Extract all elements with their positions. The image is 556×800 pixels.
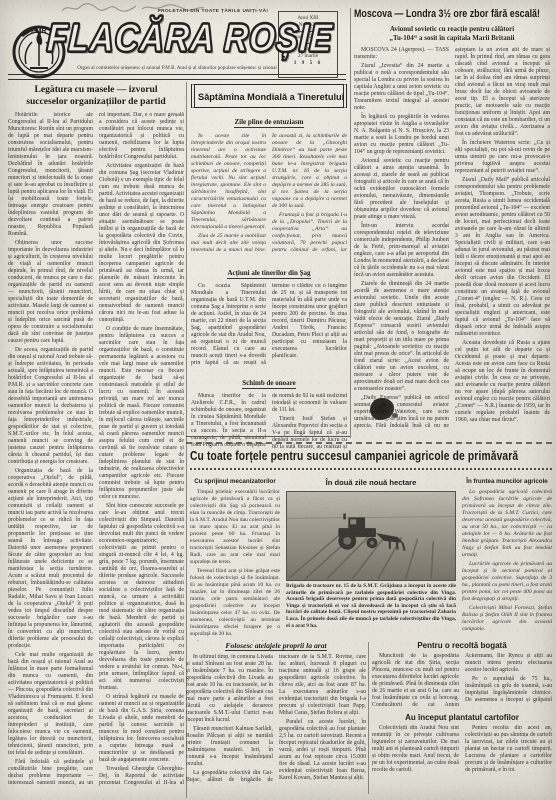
sag-title: Acțiuni ale tinerilor din Șag xyxy=(191,262,347,280)
paragraph: Sînt bine cunoscute succesele pe care le… xyxy=(99,503,184,692)
mech-column: Cu sprijinul mecanizatorilor Timpul prie… xyxy=(190,478,280,641)
paragraph: O condiție de mare însemnătate, pentru î… xyxy=(99,326,184,501)
paragraph: Cu ocazia Săptămînii Mondiale a Tineretu… xyxy=(191,283,347,369)
front-body: La gospodăria agricolă colectivă din Șof… xyxy=(462,489,552,641)
hectares-title: În două zile nouă hectare xyxy=(286,478,456,487)
youth-intro-body: În aceste zile în întreprinderile din or… xyxy=(191,133,347,259)
paragraph: La gospodăria agricolă colectivă din Șof… xyxy=(462,489,552,559)
paragraph: Lucrările agricole de primăvară au încep… xyxy=(462,561,552,603)
paragraph: Colectiviștii din Aradul Nou sînt renumi… xyxy=(372,725,459,774)
moscow-headline: Moscova — Londra 3½ ore zbor fără escală… xyxy=(354,8,519,20)
honor-title: Schimb de onoare xyxy=(191,372,347,390)
front-title: În fruntea muncilor agricole xyxy=(462,478,552,485)
paragraph: Într-un interviu acordat corespondentulu… xyxy=(354,223,449,279)
potatoes-title: Au început plantatul cartofilor xyxy=(372,713,552,722)
paragraph: Colectiviștii Mihai Forneszi, Ștefan Bal… xyxy=(462,605,552,633)
paragraph: Obținerea unor succese importante în dez… xyxy=(8,240,93,345)
paragraph: O strînsă legătură cu masele de oameni a… xyxy=(99,694,184,764)
paragraph: Hotărîrile istorice ale Congresului al I… xyxy=(8,112,93,238)
youth-headline: Săptămîna Mondială a Tineretului xyxy=(198,92,344,103)
paragraph: Ziarele de dimineață din 24 martie acord… xyxy=(354,281,449,393)
harvest-body: Muncitorii de la gospodăria agricolă de … xyxy=(372,653,552,709)
youth-headline-box: Săptămîna Mondială a Tineretului xyxy=(191,84,347,108)
mech-body: Timpul prielnic executării lucrărilor ag… xyxy=(190,489,280,641)
newspaper-title: FLACĂRA ROȘIE xyxy=(46,17,346,65)
plow-block: Folosesc atelajele proprii la arat În ul… xyxy=(186,641,366,800)
front-column: În fruntea muncilor agricole La gospodăr… xyxy=(462,478,552,641)
paragraph: În încheiere Waterton scrie: „Ca și alți… xyxy=(455,140,550,175)
paragraph: Activitatea organizației de bază din com… xyxy=(99,163,184,324)
party-article-body: Hotărîrile istorice ale Congresului al I… xyxy=(8,112,184,790)
vertical-rule-bottom xyxy=(368,642,369,794)
paragraph: Timpul prielnic executării lucrărilor ag… xyxy=(190,489,280,566)
hectares-column: În două zile nouă hectare xyxy=(286,478,456,629)
moscow-subhead-2: „Tu-104“ a sosit în capitala Marii Brita… xyxy=(354,34,550,42)
harvest-title: Pentru o recoltă bogată xyxy=(372,641,552,650)
party-article-headline: Legătura cu masele — izvorul succeselor … xyxy=(8,84,184,107)
youth-section-bottom-rule xyxy=(186,436,350,437)
paragraph: În ultimul timp, în comuna Livada și sat… xyxy=(186,654,273,724)
tractor-photo xyxy=(286,491,456,581)
moscow-article: Moscova — Londra 3½ ore zbor fără escală… xyxy=(354,8,550,431)
paragraph: Ziarul „Izvestia“ din 24 martie a public… xyxy=(354,63,449,112)
paragraph: Cele mai multe organizații de bază din o… xyxy=(8,652,93,757)
paragraph: MOSCOVA 24 (Agerpres). — TASS transmite: xyxy=(354,47,449,61)
paragraph: Ziarul „Daily Mail“ publică articolul co… xyxy=(455,177,550,338)
paragraph: În aceste zile în întreprinderile din or… xyxy=(191,133,266,231)
agri-banner: Cu toate forțele pentru succesul campani… xyxy=(190,447,552,470)
workers-slogan: PROLETARI DIN TOATE ȚĂRILE UNIȚI-VĂ! xyxy=(146,9,280,14)
honor-body: Munca tinerilor de la Atelierele C.F.R.,… xyxy=(191,393,347,453)
paragraph: De aceea, organizațiile de partid din or… xyxy=(8,347,93,466)
paragraph: Țăranii muncitori Kalman Sarlădi, Rosali… xyxy=(186,726,273,768)
paragraph: Aceasta dovedește că Rusia a ajuns cel p… xyxy=(455,340,550,424)
paragraph: În legătură cu pregătirile în vederea ap… xyxy=(354,114,449,156)
plow-body: În ultimul timp, în comuna Livada și sat… xyxy=(186,654,366,800)
potatoes-body: Colectiviștii din Aradul Nou sînt renumi… xyxy=(372,725,552,783)
section-divider-dashed xyxy=(186,442,552,444)
photo-caption: Brigada de tractoare nr. 15 de la S.M.T.… xyxy=(286,583,456,629)
sag-body: Cu ocazia Săptămînii Mondiale a Tineretu… xyxy=(191,283,347,369)
mech-title: Cu sprijinul mecanizatorilor xyxy=(190,478,280,485)
youth-section: Săptămîna Mondială a Tineretului Zile pl… xyxy=(191,84,347,453)
paragraph: Avionul sovietic cu reacție pentru călăt… xyxy=(354,158,449,221)
paragraph: Terenul fiind arat și bine grăpat este f… xyxy=(190,568,280,638)
vertical-rule-right xyxy=(350,8,351,438)
plow-title: Folosesc atelajele proprii la arat xyxy=(186,641,366,650)
youth-subhead: Zile pline de entuziasm xyxy=(191,111,347,129)
paragraph: Pentru recolta din acest an, colectivișt… xyxy=(465,725,552,774)
paragraph: Paralel cu aceste lucrări, în gospodăria… xyxy=(279,719,366,782)
harvest-potatoes-block: Pentru o recoltă bogată Muncitorii de la… xyxy=(372,641,552,783)
moscow-subhead-1: Avionul sovietic cu reacție pentru călăt… xyxy=(354,25,550,33)
party-article: Legătura cu masele — izvorul succeselor … xyxy=(8,84,184,790)
paragraph: Organizația de bază de la cooperativa „O… xyxy=(8,468,93,650)
newspaper-page: PROLETARI DIN TOATE ȚĂRILE UNIȚI-VĂ! Anu… xyxy=(0,0,556,800)
moscow-body: MOSCOVA 24 (Agerpres). — TASS transmite:… xyxy=(354,47,550,431)
